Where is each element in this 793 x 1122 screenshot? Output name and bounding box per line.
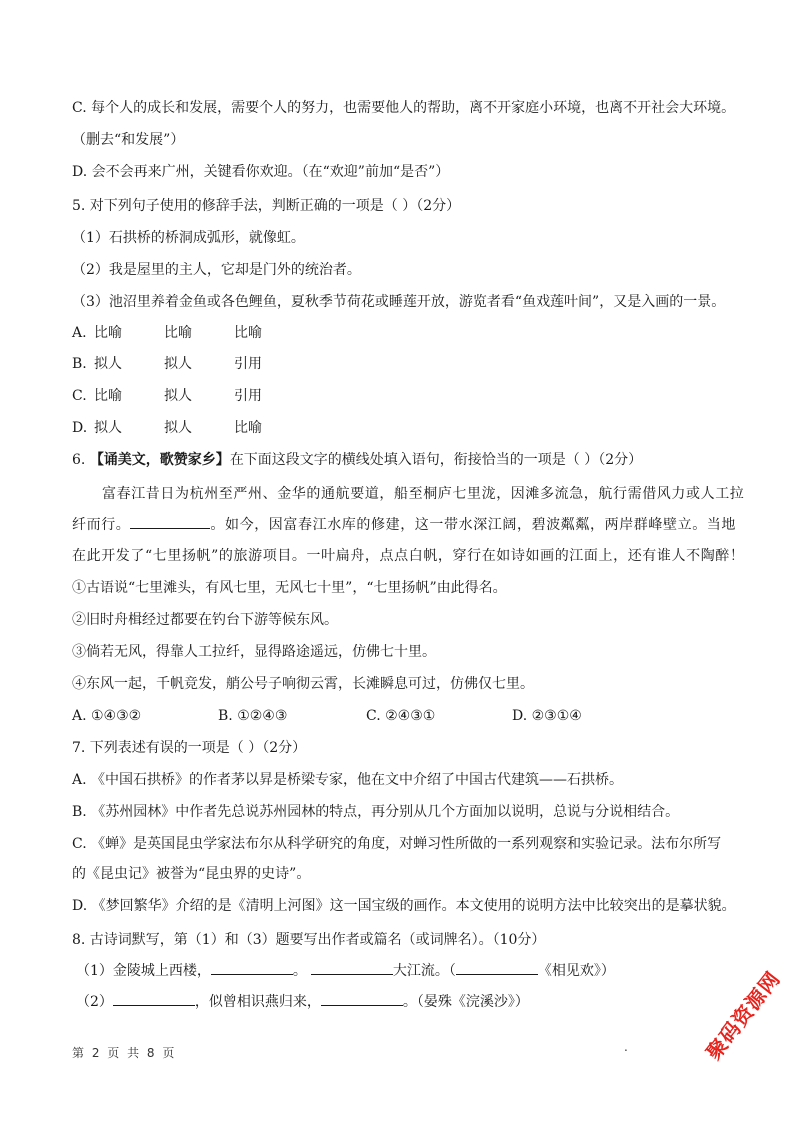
- q5-option-d: D. 拟人 拟人 比喻: [72, 418, 372, 438]
- q8-item-2: （2），似曾相识燕归来，。（晏殊《浣溪沙》）: [76, 991, 529, 1012]
- q7-stem: 7. 下列表述有误的一项是（ ）（2分）: [72, 738, 306, 758]
- option-col-1: 比喻: [94, 323, 122, 343]
- q6-passage-line-3: 在此开发了“七里扬帆”的旅游项目。一叶扁舟，点点白帆，穿行在如诗如画的江面上，还…: [72, 546, 745, 566]
- q5-sentence-2: （2）我是屋里的主人，它却是门外的统治者。: [72, 260, 361, 280]
- q8-item-2-text: ，似曾相识燕归来，: [195, 994, 321, 1010]
- option-col-1: 拟人: [94, 418, 122, 438]
- q8-item-1-blank-2[interactable]: [311, 960, 393, 975]
- q6-choices: A. ①④③② B. ①②④③ C. ②④③① D. ②③①④: [72, 706, 672, 726]
- option-col-3: 比喻: [234, 418, 262, 438]
- watermark-stamp: 聚码资源网: [694, 958, 791, 1070]
- q5-option-b: B. 拟人 拟人 引用: [72, 354, 372, 374]
- q6-answer-blank[interactable]: [130, 514, 210, 529]
- q7-option-c-line-2: 的《昆虫记》被誉为“昆虫界的史诗”。: [72, 864, 310, 884]
- option-col-1: 比喻: [94, 386, 122, 406]
- q8-item-1: （1）金陵城上西楼，。大江流。（《相见欢》）: [76, 960, 615, 981]
- option-col-3: 引用: [234, 354, 262, 374]
- q6-item-2: ②旧时舟楫经过都要在钓台下游等候东风。: [72, 610, 338, 630]
- q5-sentence-1: （1）石拱桥的桥洞成弧形，就像虹。: [72, 228, 305, 248]
- option-col-2: 比喻: [164, 323, 192, 343]
- q8-item-1-text: （1）金陵城上西楼，: [76, 963, 211, 979]
- q6-choice-a: A. ①④③②: [72, 706, 141, 726]
- option-col-3: 比喻: [234, 323, 262, 343]
- q7-option-b: B. 《苏州园林》中作者先总说苏州园林的特点，再分别从几个方面加以说明，总说与分…: [72, 802, 679, 822]
- page-number: 第 2 页 共 8 页: [72, 1044, 176, 1061]
- q4-option-c: C. 每个人的成长和发展，需要个人的努力，也需要他人的帮助，离不开家庭小环境，也…: [72, 98, 735, 118]
- q7-option-c-line-1: C. 《蝉》是英国昆虫学家法布尔从科学研究的角度，对蝉习性所做的一系列观察和实验…: [72, 834, 721, 854]
- option-label: D.: [72, 418, 87, 438]
- q8-item-2-text: （2）: [76, 994, 113, 1010]
- q8-item-1-text: 大江流。（: [393, 963, 456, 979]
- q8-item-1-blank-3[interactable]: [456, 960, 538, 975]
- q6-passage-line-1: 富春江昔日为杭州至严州、金华的通航要道，船至桐庐七里泷，因滩多流急，航行需借风力…: [102, 484, 744, 504]
- q6-passage-line-2: 纤而行。。如今，因富春江水库的修建，这一带水深江阔，碧波粼粼，两岸群峰壁立。当地: [72, 514, 736, 535]
- q6-item-4: ④东风一起，千帆竞发，艄公号子响彻云霄，长滩瞬息可过，仿佛仅七里。: [72, 674, 534, 694]
- q5-sentence-3: （3）池沼里养着金鱼或各色鲤鱼，夏秋季节荷花或睡莲开放，游览者看“鱼戏莲叶间”，…: [72, 292, 725, 312]
- q6-choice-b: B. ①②④③: [218, 706, 287, 726]
- q6-item-1: ①古语说“七里滩头，有风七里，无风七十里”，“七里扬帆”由此得名。: [72, 578, 507, 598]
- q6-stem-text: 在下面这段文字的横线处填入语句，衔接恰当的一项是（ ）（2分）: [230, 452, 642, 468]
- option-label: A.: [72, 323, 87, 343]
- q5-option-a: A. 比喻 比喻 比喻: [72, 323, 372, 343]
- q6-stem: 6. 【诵美文，歌赞家乡】在下面这段文字的横线处填入语句，衔接恰当的一项是（ ）…: [72, 450, 642, 470]
- option-col-2: 拟人: [164, 386, 192, 406]
- q6-choice-c: C. ②④③①: [366, 706, 435, 726]
- option-col-2: 拟人: [164, 418, 192, 438]
- option-label: C.: [72, 386, 87, 406]
- q8-item-2-text: 。（晏殊《浣溪沙》）: [403, 994, 529, 1010]
- option-col-1: 拟人: [94, 354, 122, 374]
- q8-item-1-text: 。: [293, 963, 307, 979]
- q8-item-1-blank-1[interactable]: [211, 960, 293, 975]
- q6-tag: 【诵美文，歌赞家乡】: [90, 452, 230, 468]
- q6-number: 6.: [72, 452, 85, 468]
- q5-option-c: C. 比喻 拟人 引用: [72, 386, 372, 406]
- q8-item-2-blank-1[interactable]: [113, 991, 195, 1006]
- q6-choice-d: D. ②③①④: [512, 706, 582, 726]
- option-col-2: 拟人: [164, 354, 192, 374]
- q8-item-2-blank-2[interactable]: [321, 991, 403, 1006]
- option-col-3: 引用: [234, 386, 262, 406]
- q8-stem: 8. 古诗词默写，第（1）和（3）题要写出作者或篇名（或词牌名）。（10分）: [72, 930, 545, 950]
- q4-option-c-note: （删去“和发展”）: [72, 130, 184, 150]
- q8-item-1-text: 《相见欢》）: [538, 963, 615, 979]
- q7-option-a: A. 《中国石拱桥》的作者茅以昇是桥梁专家，他在文中介绍了中国古代建筑——石拱桥…: [72, 770, 623, 790]
- option-label: B.: [72, 354, 87, 374]
- q4-option-d: D. 会不会再来广州，关键看你欢迎。（在“欢迎”前加“是否”）: [72, 162, 449, 182]
- footer-dot: .: [624, 1040, 628, 1054]
- q7-option-d: D. 《梦回繁华》介绍的是《清明上河图》这一国宝级的画作。本文使用的说明方法中比…: [72, 896, 736, 916]
- q6-passage-text: 纤而行。: [72, 517, 130, 533]
- q5-stem: 5. 对下列句子使用的修辞手法，判断正确的一项是（ ）（2分）: [72, 196, 460, 216]
- q6-item-3: ③倘若无风，得靠人工拉纤，显得路途遥远，仿佛七十里。: [72, 642, 436, 662]
- q6-passage-text: 。如今，因富春江水库的修建，这一带水深江阔，碧波粼粼，两岸群峰壁立。当地: [210, 517, 736, 533]
